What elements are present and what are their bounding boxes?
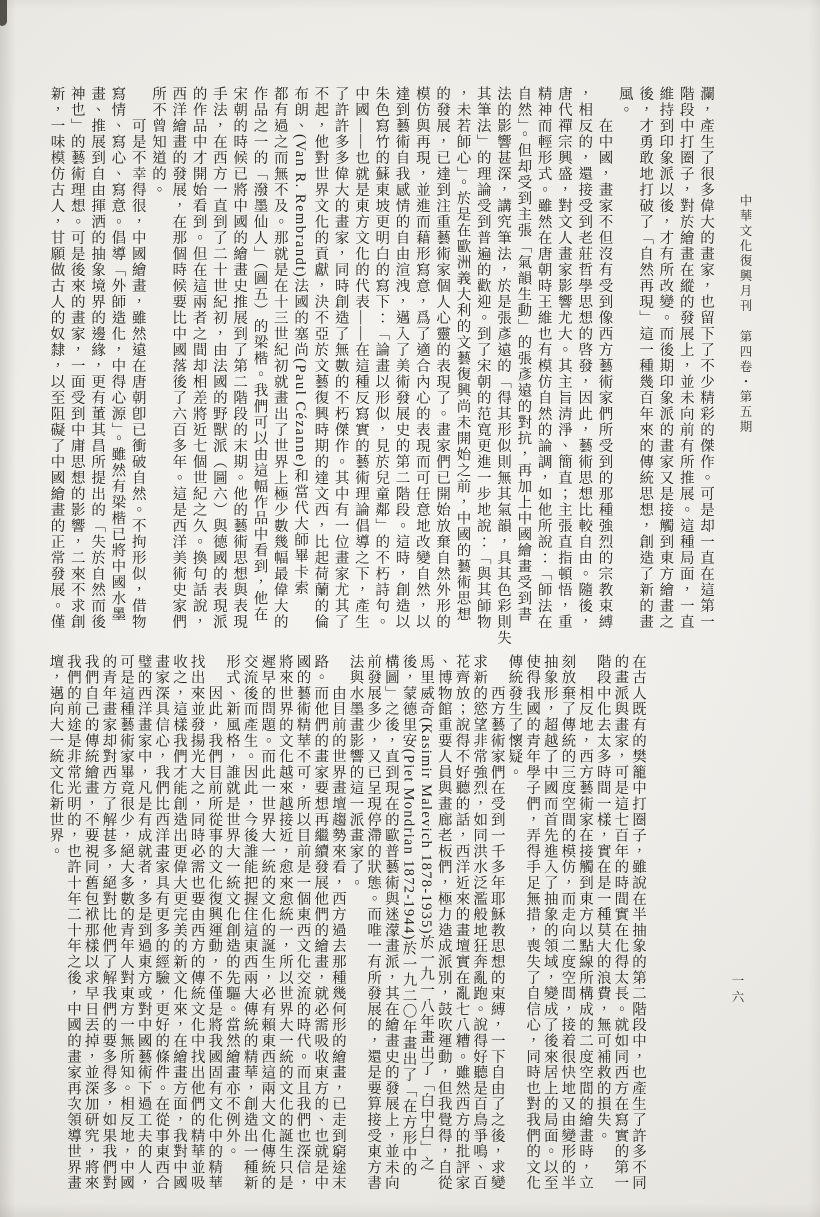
text-column: 相反地，西方藝術家在接觸到東方以點線所構成的二度空間的繪畫時，立 [575, 654, 593, 1195]
text-column: 西洋繪畫的發展，在那個時候要比中國落後了六百多年。這是西洋美術史家們 [168, 86, 188, 652]
issue-info: 第四卷・第五期 [738, 330, 752, 435]
text-column: 了許許多多偉大的畫家，同時創造了無數的不朽傑作。其中有一位畫家尤其了 [330, 86, 350, 652]
text-column: 手法，在西方一直到了二十世紀初，由法國的野獸派（圖六）與德國的表現派 [209, 86, 229, 652]
text-column: 畫、推展到自由揮洒的抽象境界的邊緣，更有董其昌所提出的「失於自然而後 [87, 86, 107, 652]
text-column: 的作品中才開始看到。但在這兩者之間却相差將近七個世紀之久。換句話說， [188, 86, 208, 652]
text-column: 形式、新風格，誰就是世界大一統文化創造的先驅。當然繪畫亦不例外。 [222, 654, 240, 1195]
text-column: 精神而輕形式。雖然在唐朝時王維也有模仿自然的論調，如他所說：「師法在 [533, 86, 553, 652]
text-column: 我們自己的傳統繪畫，不要視同舊包袱那樣以求早日丟掉，並深加研究，將來 [81, 654, 99, 1195]
text-column: 不起，他對世界文化的貢獻，決不亞於文藝復興時期的達文西，比起荷蘭的倫 [310, 86, 330, 652]
text-column: ，未若師心」。於是在歐洲義大利的文藝復興尚未開始之前，中國的藝術思想 [452, 86, 472, 652]
text-column: 其筆法」的理論受到普遍的歡迎。到了宋朝的范寬更進一步地說：「與其師物 [472, 86, 492, 652]
text-column: 後，蒙德里安(Piet Mondrian 1872-1944)於一九二〇年畫出了… [399, 654, 417, 1195]
text-column: 壇，邁向大一統文化新世界。 [46, 654, 64, 1195]
text-column: 中國——也就是東方文化的代表——在這種反寫實的藝術理論倡導之下，產生 [351, 86, 371, 652]
text-column: 風。 [615, 86, 635, 652]
running-head: 中華文化復興月刊第四卷・第五期 [736, 194, 754, 454]
text-column: 馬里威奇(Kasimir Malevich 1878-1935)於一九一八年畫出… [416, 654, 434, 1195]
text-column: 法與水墨畫影響的這一派畫家了。 [346, 654, 364, 1195]
page-number: 一六 [728, 974, 746, 1034]
text-column: 因此，我們目前所從事的文化復興運動，不僅是將我國固有文化中的精華 [205, 654, 223, 1195]
text-column: 我們的前途是非常光明的，也許十年二十年之後，中國的畫家再次領導世界畫 [63, 654, 81, 1195]
text-column: 遲早的問題。而此一世界大一統的文化的誕生，必有賴東西這兩大文化傳統的 [258, 654, 276, 1195]
text-column: 在古人既有的樊籠中打圈子，雖說在半抽象的第二階段中，也產生了許多不同 [628, 654, 646, 1195]
text-column: 在中國，畫家不但沒有受到像西方藝術家們所受到的那種強烈的宗教束縛 [594, 86, 614, 652]
text-column: 可是這種藝術家畢竟很少，絕大多數的青年人對東方一無所知。相反地，中國 [116, 654, 134, 1195]
text-column: 抽象形，超越了中國而首先進入了抽象的領域，變成了後來居上的局面。以至 [540, 654, 558, 1195]
text-column: 路。而他們的畫家要想再繼續發展他們的繪畫，就必需吸收東方的、也就是中 [311, 654, 329, 1195]
text-column: 前發展多少，又已呈現停滯的狀態。而唯一有所發展的，還是要算接受東方書 [364, 654, 382, 1195]
text-column: 求新的慾望非常強烈，如同洪水泛濫般地狂奔亂跑。說得好聽是百鳥爭鳴、百 [469, 654, 487, 1195]
text-column: 的畫派與畫家，可是這七百年的時間實在化得太長。就如同西方在寫實的第一 [611, 654, 629, 1195]
text-column: 階段中打圈子，對於繪畫在縱的發展上，並未向前有所推展。這種局面，一直 [675, 86, 695, 652]
text-column: 璧的西洋畫家中，凡是有成就者，多是到過東方或對中國藝術下過工夫的人， [134, 654, 152, 1195]
text-column: 使得我國的青年學子們，弄得手足無措，喪失了自信心，同時也對我們的文化 [522, 654, 540, 1195]
text-column: 國的藝術精華不可，所以目前是一個東西文化交流的時代。而且我們也深信， [293, 654, 311, 1195]
text-column: 收之，這樣我們才能創造出更偉大更完美的新文化來，在繪畫方面，我對中國 [169, 654, 187, 1195]
text-column: 朱色寫竹的蘇東坡更明白的寫下：「論畫以形似，見於兒童鄰」的不朽詩句。 [371, 86, 391, 652]
text-column: 維持到印象派以後，才有所改變。而後期印象派的畫家又是接觸到東方繪畫之 [655, 86, 675, 652]
text-column: 瀾，產生了很多偉大的畫家，也留下了不少精彩的傑作。可是却一直在這第一 [696, 86, 716, 652]
text-column: 的發展，已達到注重藝術家個人心靈的表現了。畫家們已開始放棄自然外形的 [432, 86, 452, 652]
text-column: 都有過之而無不及。那就是在十三世紀初就畫出了世界上極少數幾幅最偉大的 [269, 86, 289, 652]
text-column: 刻放棄了傳統的三度空間的模仿，而走向二度空間，接着很快地又由變形的半 [558, 654, 576, 1195]
text-block-bottom: 在古人既有的樊籠中打圈子，雖說在半抽象的第二階段中，也產生了許多不同的畫派與畫家… [45, 654, 646, 1195]
text-column: 後，才勇敢地打破了「自然再現」這一種幾百年來的傳統思想，創造了新的畫 [635, 86, 655, 652]
scan-corner-artifact [0, 0, 7, 26]
text-column: 布朗、(Van R. Rembrandt)法國的塞尚(Paul Cézanne)… [290, 86, 310, 652]
text-column: 宋朝的時候已將中國的繪畫史推展到了第二階段的末期。他的藝術思想與表現 [229, 86, 249, 652]
text-column: 新，一味模仿古人，甘願做古人的奴隸，以至阻礙了中國繪畫的正常發展。僅 [46, 86, 66, 652]
text-column: 的青年畫家却對西方了解甚多，絕對比他們了解我們的要多得多，如果我們對 [99, 654, 117, 1195]
text-column: 唐代禪宗興盛，對文人畫家影響尤大。其主旨清淨、簡直；主張直指頓悟，重 [554, 86, 574, 652]
text-column: 模仿與再現，並進而藉形寫意，爲了適合內心的表現而可任意地改變自然，以 [412, 86, 432, 652]
text-column: 階段中化去太多時間一樣，實在是一種莫大的浪費，無可補救的損失。 [593, 654, 611, 1195]
text-column: 將來世界的文化越來越接近，愈來愈統一，所以世界大一統的文化的誕生只是 [275, 654, 293, 1195]
text-column: 達到藝術自我感情的自由渲洩，邁入了美術發展史的第二階段。這時，創造以 [391, 86, 411, 652]
scanned-journal-page: 中華文化復興月刊第四卷・第五期 一六 瀾，產生了很多偉大的畫家，也留下了不少精彩… [0, 0, 820, 1217]
text-column: 、博物館重要人員與畫廊老板們，極力造成派別，鼓吹運動，但我覺得，自從 [434, 654, 452, 1195]
journal-title: 中華文化復興月刊 [738, 194, 752, 314]
text-column: 可是不幸得很，中國繪畫，雖然遠在唐朝卽已衝破自然。不拘形似，借物 [127, 86, 147, 652]
text-column: 所不曾知道的。 [148, 86, 168, 652]
text-column: 找出來並發揚光大之，同時必需也要由西方的傳統文化中找出他們的精華並吸 [187, 654, 205, 1195]
text-column: 由目前的世界畫壇趨勢來看，西方過去那種幾何形的繪畫，已走到窮途末 [328, 654, 346, 1195]
text-column: 神也」的藝術理想。可是後來的畫家，一面受到中庸思想的影響，二來不求創 [67, 86, 87, 652]
text-block-top: 瀾，產生了很多偉大的畫家，也留下了不少精彩的傑作。可是却一直在這第一階段中打圈子… [45, 86, 716, 652]
text-column: 作品之一的「潑墨仙人」（圖五）的梁楷。我們可以由這幅作品中看到，他在 [249, 86, 269, 652]
text-column: 西方藝術家們在受到一千多年耶穌教思想的束縛，一下自由了之後，求變 [487, 654, 505, 1195]
text-column: 法的影響甚深，講究筆法，於是張彥遠的「得其形似則無其氣韻，具其色彩則失 [493, 86, 513, 652]
text-column: 自然」。但却受到主張「氣韻生動」的張彥遠的對抗，再加上中國繪畫受到書 [513, 86, 533, 652]
text-column: 寫情、寫心、寫意。倡導「外師造化，中得心源」。雖然有梁楷已將中國水墨 [107, 86, 127, 652]
text-column: 畫家深具信心，我們比西洋畫家具有更多的經驗，更好的條件。在從事東西合 [152, 654, 170, 1195]
text-column: 花齊放；說得不好聽的話，西洋近來的畫壇實在亂七八糟。雖然西方的批評家 [452, 654, 470, 1195]
text-column: ，相反的，還接受到老莊哲學思想的啓發，因此，藝術思想比較自由。隨後， [574, 86, 594, 652]
text-column: 構圖」之後，直到現在的歐普藝術與迷濛畫派，其在繪畫史的發展上，並未向 [381, 654, 399, 1195]
text-column: 傳統發生了懷疑。 [505, 654, 523, 1195]
text-column: 交流後而產生。因此，今後誰能把握住這東西兩大傳統的精華，創造出一種新 [240, 654, 258, 1195]
